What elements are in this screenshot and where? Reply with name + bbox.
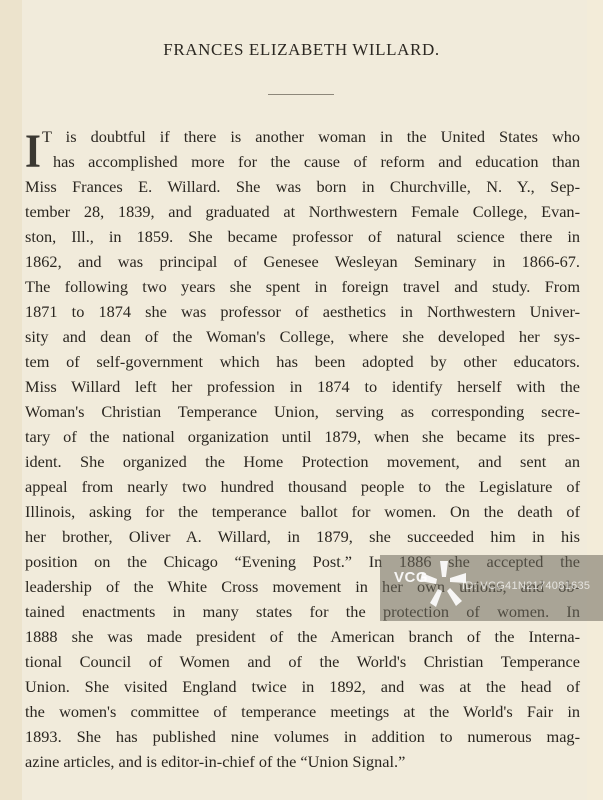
page-right-margin: [587, 0, 603, 800]
text-line: Miss Frances E. Willard. She was born in…: [25, 174, 580, 199]
text-line: her brother, Oliver A. Willard, in 1879,…: [25, 524, 580, 549]
watermark-id: ID: VCG41N2174081635: [462, 580, 590, 592]
watermark: VCG ID: VCG41N2174081635: [380, 555, 603, 621]
text-line: 1871 to 1874 she was professor of aesthe…: [25, 299, 580, 324]
text-line: has accomplished more for the cause of r…: [25, 149, 580, 174]
page-title: FRANCES ELIZABETH WILLARD.: [0, 40, 603, 60]
text-line: appeal from nearly two hundred thousand …: [25, 474, 580, 499]
text-line: tember 28, 1839, and graduated at Northw…: [25, 199, 580, 224]
text-line: 1888 she was made president of the Ameri…: [25, 624, 580, 649]
text-line: tary of the national organization until …: [25, 424, 580, 449]
text-line: 1862, and was principal of Genesee Wesle…: [25, 249, 580, 274]
text-line: Woman's Christian Temperance Union, serv…: [25, 399, 580, 424]
text-line: ident. She organized the Home Protection…: [25, 449, 580, 474]
text-line: azine articles, and is editor-in-chief o…: [25, 749, 580, 774]
watermark-logo: VCG: [394, 569, 428, 586]
body-text: T is doubtful if there is another woman …: [25, 124, 580, 774]
text-line: the women's committee of temperance meet…: [25, 699, 580, 724]
text-line: The following two years she spent in for…: [25, 274, 580, 299]
text-line: sity and dean of the Woman's College, wh…: [25, 324, 580, 349]
text-line: tem of self-government which has been ad…: [25, 349, 580, 374]
text-line: Illinois, asking for the temperance ball…: [25, 499, 580, 524]
text-line: tional Council of Women and of the World…: [25, 649, 580, 674]
page-left-margin: [0, 0, 22, 800]
text-line: Union. She visited England twice in 1892…: [25, 674, 580, 699]
title-divider: [268, 94, 334, 95]
text-line: T is doubtful if there is another woman …: [25, 124, 580, 149]
text-line: Miss Willard left her profession in 1874…: [25, 374, 580, 399]
text-line: ston, Ill., in 1859. She became professo…: [25, 224, 580, 249]
text-line: 1893. She has published nine volumes in …: [25, 724, 580, 749]
